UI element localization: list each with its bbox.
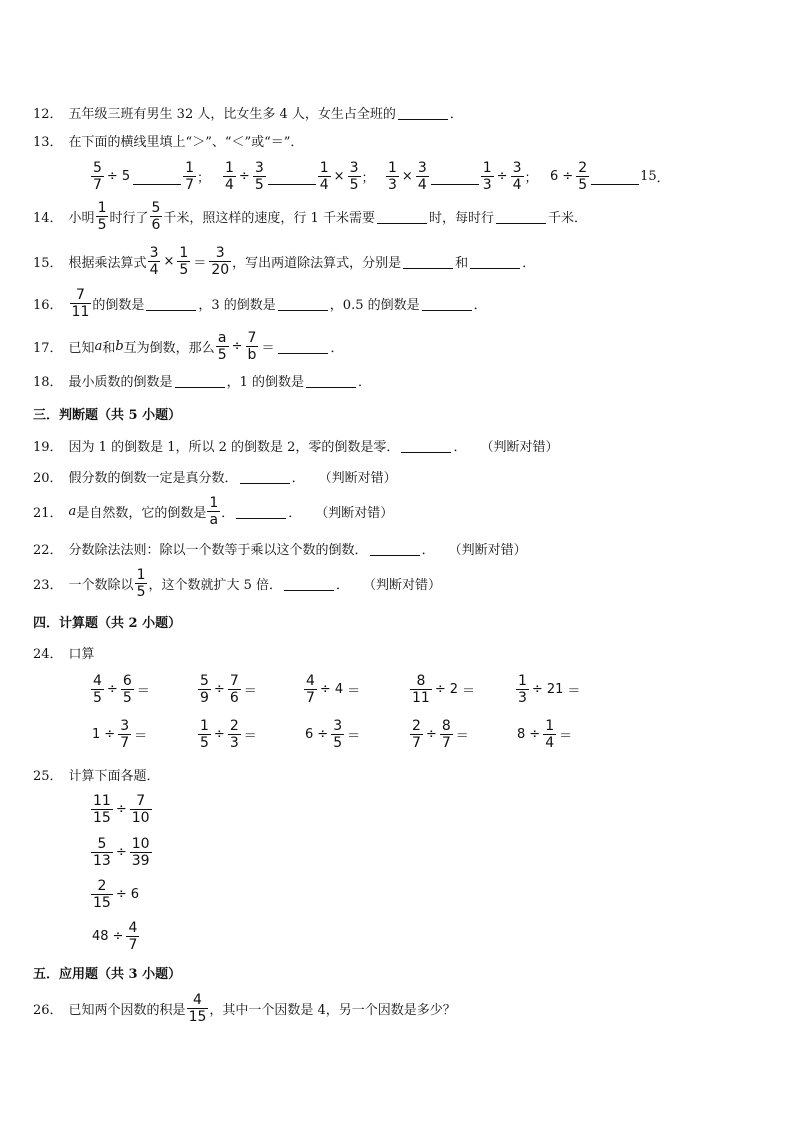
numerator: 2 <box>228 718 241 734</box>
oral-calc-item: 8 ÷ 14 ＝ <box>515 718 574 751</box>
fraction: 415 <box>187 992 209 1025</box>
oral-calc-item: 6 ÷ 35 ＝ <box>303 718 362 751</box>
fraction: 56 <box>150 200 163 233</box>
math-token: ÷ <box>116 887 127 902</box>
answer-blank[interactable] <box>240 469 290 484</box>
fraction: a5 <box>216 330 229 363</box>
question-number: 17． <box>33 337 63 356</box>
question-text: ，其中一个因数是 4，另一个因数是多少？ <box>209 999 455 1018</box>
denominator: 5 <box>91 689 104 706</box>
fraction: 513 <box>91 836 113 869</box>
numerator: 3 <box>511 160 524 176</box>
question-text: ，这个数就扩大 5 倍． <box>148 574 282 593</box>
math-token: 4 <box>335 682 343 697</box>
oral-calc-item: 47 ÷ 4 ＝ <box>303 673 362 706</box>
question-text: ，3 的倒数是 <box>198 294 275 313</box>
fraction: 215 <box>91 878 113 911</box>
question-number: 24． <box>33 643 63 662</box>
numerator: 1 <box>386 160 399 176</box>
numerator: 7 <box>74 287 87 303</box>
number: 6 <box>550 169 558 184</box>
compare-item-1: 57 ÷ 5 17 ； <box>90 160 210 193</box>
math-token: ÷ <box>320 682 331 697</box>
question-text: ，1 的倒数是 <box>227 371 304 390</box>
question-text: 和 <box>102 337 115 356</box>
oral-calc-item: 15 ÷ 23 ＝ <box>197 718 259 751</box>
separator: ； <box>525 167 538 186</box>
denominator: 15 <box>91 809 113 826</box>
numerator: 4 <box>191 992 204 1008</box>
question-number: 26． <box>33 999 63 1018</box>
compare-blank[interactable] <box>133 168 181 185</box>
numerator: 7 <box>134 793 147 809</box>
question-13: 13． 在下面的横线里填上“＞”、“＜”或“＝”． <box>33 131 303 150</box>
denominator: 4 <box>416 176 429 193</box>
fraction: 711 <box>70 287 92 320</box>
calc-item: 215 ÷ 6 <box>90 878 141 911</box>
fraction: 13 <box>516 673 529 706</box>
judge-hint: （判断对错） <box>315 502 393 521</box>
variable-a: a <box>95 339 103 354</box>
question-number: 18． <box>33 371 63 390</box>
question-22: 22． 分数除法法则：除以一个数等于乘以这个数的倒数． ． （判断对错） <box>33 539 527 558</box>
period: ． <box>330 337 343 356</box>
operator: ÷ <box>562 169 573 184</box>
question-16: 16． 711 的倒数是 ，3 的倒数是 ，0.5 的倒数是 ． <box>33 287 487 320</box>
denominator: 4 <box>543 734 556 751</box>
compare-item-3: 13 × 34 13 ÷ 34 ； <box>385 160 538 193</box>
calc-item: 48 ÷ 47 <box>90 920 140 953</box>
question-text: 小明 <box>69 207 95 226</box>
denominator: 3 <box>516 689 529 706</box>
numerator: 1 <box>543 718 556 734</box>
denominator: 7 <box>440 734 453 751</box>
judge-hint: （判断对错） <box>363 574 441 593</box>
fraction: 1039 <box>130 836 152 869</box>
compare-blank[interactable] <box>431 168 479 185</box>
question-text: 根据乘法算式 <box>69 252 147 271</box>
math-token: ÷ <box>214 682 225 697</box>
fraction: 37 <box>118 718 131 751</box>
denominator: 7 <box>126 936 139 953</box>
operator: × <box>402 169 413 184</box>
denominator: 9 <box>198 689 211 706</box>
question-number: 14． <box>33 207 63 226</box>
math-token: ＝ <box>347 680 360 699</box>
question-text: 的倒数是 <box>92 294 144 313</box>
denominator: 3 <box>481 176 494 193</box>
oral-calc-item: 27 ÷ 87 ＝ <box>409 718 471 751</box>
denominator: 4 <box>148 261 161 278</box>
question-text: 千米． <box>548 207 587 226</box>
math-token: ÷ <box>116 802 127 817</box>
question-text: 千米，照这样的速度，行 1 千米需要 <box>163 207 375 226</box>
answer-blank[interactable] <box>401 438 451 453</box>
fraction: 27 <box>410 718 423 751</box>
math-token: ＝ <box>456 725 469 744</box>
question-23: 23． 一个数除以 15 ，这个数就扩大 5 倍． ． （判断对错） <box>33 567 441 600</box>
math-token: ＝ <box>137 680 150 699</box>
denominator: a <box>207 511 220 528</box>
answer-blank[interactable] <box>470 254 520 269</box>
answer-blank[interactable] <box>398 105 448 120</box>
numerator: 4 <box>126 920 139 936</box>
numerator: 7 <box>228 673 241 689</box>
denominator: 11 <box>70 303 92 320</box>
math-token: 6 <box>305 727 313 742</box>
question-text: 在下面的横线里填上“＞”、“＜”或“＝”． <box>69 131 304 150</box>
period: ． <box>422 539 435 558</box>
numerator: 2 <box>95 878 108 894</box>
oral-calc-item: 811 ÷ 2 ＝ <box>409 673 477 706</box>
math-token: 2 <box>450 682 458 697</box>
operator: ÷ <box>107 169 118 184</box>
math-token: ＝ <box>462 680 475 699</box>
answer-blank[interactable] <box>236 504 286 519</box>
numerator: 3 <box>214 245 227 261</box>
fraction: 23 <box>228 718 241 751</box>
judge-hint: （判断对错） <box>319 467 397 486</box>
compare-blank[interactable] <box>591 168 639 185</box>
question-number: 23． <box>33 574 63 593</box>
numerator: 8 <box>440 718 453 734</box>
operator: × <box>334 169 345 184</box>
question-text: 是自然数，它的倒数是 <box>76 502 206 521</box>
fraction: 14 <box>543 718 556 751</box>
oral-calc-item: 1 ÷ 37 ＝ <box>90 718 149 751</box>
math-token: ＝ <box>134 725 147 744</box>
compare-item-2: 14 ÷ 35 14 × 35 ； <box>222 160 375 193</box>
numerator: 4 <box>91 673 104 689</box>
fraction: 15 <box>96 200 109 233</box>
fraction: 15 <box>135 567 148 600</box>
fraction: 14 <box>318 160 331 193</box>
denominator: 5 <box>216 346 229 363</box>
question-25: 25． 计算下面各题． <box>33 765 160 784</box>
numerator: 2 <box>576 160 589 176</box>
numerator: 3 <box>331 718 344 734</box>
question-12: 12． 五年级三班有男生 32 人，比女生多 4 人，女生占全班的 ． <box>33 103 463 122</box>
question-number: 19． <box>33 436 63 455</box>
denominator: 3 <box>228 734 241 751</box>
math-token: ÷ <box>104 727 115 742</box>
numerator: 5 <box>95 836 108 852</box>
numerator: 5 <box>150 200 163 216</box>
denominator: 7 <box>91 176 104 193</box>
question-19: 19． 因为 1 的倒数是 1，所以 2 的倒数是 2，零的倒数是零． ． （判… <box>33 436 558 455</box>
section-heading-judgement: 三．判断题（共 5 小题） <box>33 404 181 423</box>
operator: ÷ <box>497 169 508 184</box>
question-21: 21． a 是自然数，它的倒数是 1a ． ． （判断对错） <box>33 495 393 528</box>
operator: × <box>163 254 174 269</box>
fraction: 34 <box>148 245 161 278</box>
denominator: 4 <box>318 176 331 193</box>
denominator: 15 <box>91 894 113 911</box>
math-token: ＝ <box>244 725 257 744</box>
question-text: 和 <box>455 252 468 271</box>
fraction: 47 <box>126 920 139 953</box>
answer-blank[interactable] <box>403 254 453 269</box>
oral-calc-item: 45 ÷ 65 ＝ <box>90 673 152 706</box>
math-token: 8 <box>517 727 525 742</box>
fraction: 25 <box>576 160 589 193</box>
denominator: 5 <box>576 176 589 193</box>
math-token: ÷ <box>113 929 124 944</box>
numerator: 3 <box>348 160 361 176</box>
math-token: 1 <box>92 727 100 742</box>
variable-b: b <box>115 339 123 354</box>
fraction: 17 <box>183 160 196 193</box>
question-14: 14． 小明 15 时行了 56 千米，照这样的速度，行 1 千米需要 时，每时… <box>33 200 587 233</box>
question-text: 计算下面各题． <box>69 765 160 784</box>
numerator: 6 <box>121 673 134 689</box>
denominator: 13 <box>91 852 113 869</box>
question-number: 20． <box>33 467 63 486</box>
fraction: 87 <box>440 718 453 751</box>
question-text: 五年级三班有男生 32 人，比女生多 4 人，女生占全班的 <box>69 103 396 122</box>
question-number: 16． <box>33 294 63 313</box>
period: ． <box>474 294 487 313</box>
numerator: 1 <box>481 160 494 176</box>
denominator: 7 <box>183 176 196 193</box>
period: ． <box>450 103 463 122</box>
fraction: 59 <box>198 673 211 706</box>
question-20: 20． 假分数的倒数一定是真分数． ． （判断对错） <box>33 467 397 486</box>
denominator: 5 <box>348 176 361 193</box>
denominator: 10 <box>130 809 152 826</box>
operator: ÷ <box>232 339 243 354</box>
fraction: 1a <box>207 495 220 528</box>
math-token: 21 <box>547 682 564 697</box>
fraction: 34 <box>416 160 429 193</box>
fraction: 14 <box>223 160 236 193</box>
denominator: 4 <box>223 176 236 193</box>
period: ． <box>453 436 466 455</box>
numerator: 5 <box>91 160 104 176</box>
fraction: 1115 <box>91 793 113 826</box>
numerator: 1 <box>96 200 109 216</box>
question-number: 13． <box>33 131 63 150</box>
fraction: 47 <box>304 673 317 706</box>
answer-blank[interactable] <box>175 373 225 388</box>
oral-calc-item: 13 ÷ 21 ＝ <box>515 673 582 706</box>
math-token: ＝ <box>347 725 360 744</box>
fraction: 710 <box>130 793 152 826</box>
question-17: 17． 已知 a 和 b 互为倒数，那么 a5 ÷ 7b ＝ ． <box>33 330 343 363</box>
fraction: 35 <box>348 160 361 193</box>
numerator: 7 <box>246 330 259 346</box>
numerator: 11 <box>91 793 113 809</box>
denominator: 7 <box>410 734 423 751</box>
fraction: 15 <box>177 245 190 278</box>
numerator: 5 <box>198 673 211 689</box>
answer-blank[interactable] <box>278 296 328 311</box>
question-number: 22． <box>33 539 63 558</box>
numerator: 3 <box>253 160 266 176</box>
compare-blank[interactable] <box>268 168 316 185</box>
numerator: 1 <box>177 245 190 261</box>
math-token: ＝ <box>567 680 580 699</box>
calc-item: 1115 ÷ 710 <box>90 793 153 826</box>
numerator: 1 <box>318 160 331 176</box>
math-token: ÷ <box>529 727 540 742</box>
fraction: 15 <box>198 718 211 751</box>
fraction: 35 <box>331 718 344 751</box>
question-text: 已知 <box>69 337 95 356</box>
question-text: 时行了 <box>109 207 148 226</box>
math-token: ÷ <box>426 727 437 742</box>
question-text: 最小质数的倒数是 <box>69 371 173 390</box>
denominator: 5 <box>121 689 134 706</box>
numerator: 1 <box>183 160 196 176</box>
denominator: b <box>246 346 259 363</box>
answer-blank[interactable] <box>284 576 334 591</box>
numerator: 3 <box>416 160 429 176</box>
fraction: 7b <box>246 330 259 363</box>
fraction: 320 <box>209 245 231 278</box>
numerator: 1 <box>207 495 220 511</box>
denominator: 5 <box>135 583 148 600</box>
question-text: 已知两个因数的积是 <box>69 999 186 1018</box>
numerator: 10 <box>130 836 152 852</box>
fraction: 13 <box>386 160 399 193</box>
answer-blank[interactable] <box>278 339 328 354</box>
period: ． <box>522 252 535 271</box>
answer-blank[interactable] <box>370 541 420 556</box>
section-heading-application: 五．应用题（共 3 小题） <box>33 963 181 982</box>
question-26: 26． 已知两个因数的积是 415 ，其中一个因数是 4，另一个因数是多少？ <box>33 992 456 1025</box>
denominator: 7 <box>304 689 317 706</box>
calc-item: 513 ÷ 1039 <box>90 836 153 869</box>
compare-item-4: 6 ÷ 25 15 ． <box>548 160 670 193</box>
question-text: 因为 1 的倒数是 1，所以 2 的倒数是 2，零的倒数是零． <box>69 436 400 455</box>
math-token: 6 <box>131 887 139 902</box>
denominator: 3 <box>386 176 399 193</box>
numerator: 1 <box>223 160 236 176</box>
numerator: 1 <box>516 673 529 689</box>
numerator: 2 <box>410 718 423 734</box>
question-number: 25． <box>33 765 63 784</box>
math-token: ÷ <box>532 682 543 697</box>
denominator: 4 <box>511 176 524 193</box>
fraction: 13 <box>481 160 494 193</box>
numerator: 3 <box>118 718 131 734</box>
denominator: 6 <box>150 216 163 233</box>
math-token: ÷ <box>435 682 446 697</box>
math-token: ÷ <box>116 845 127 860</box>
period: ． <box>221 502 234 521</box>
question-text: 时，每时行 <box>429 207 494 226</box>
answer-blank[interactable] <box>422 296 472 311</box>
denominator: 20 <box>209 261 231 278</box>
question-text: 一个数除以 <box>69 574 134 593</box>
period: ． <box>292 467 305 486</box>
question-24: 24． 口算 <box>33 643 95 662</box>
denominator: 5 <box>198 734 211 751</box>
numerator: 8 <box>414 673 427 689</box>
denominator: 5 <box>253 176 266 193</box>
denominator: 5 <box>96 216 109 233</box>
answer-blank[interactable] <box>496 209 546 224</box>
judge-hint: （判断对错） <box>480 436 558 455</box>
denominator: 15 <box>187 1008 209 1025</box>
judge-hint: （判断对错） <box>449 539 527 558</box>
question-text: ，写出两道除法算式，分别是 <box>232 252 401 271</box>
number: 5 <box>122 169 130 184</box>
denominator: 11 <box>410 689 432 706</box>
numerator: a <box>216 330 229 346</box>
number: 15 <box>640 169 657 184</box>
question-text: 假分数的倒数一定是真分数． <box>69 467 238 486</box>
numerator: 1 <box>198 718 211 734</box>
separator: ； <box>362 167 375 186</box>
question-number: 21． <box>33 502 63 521</box>
question-18: 18． 最小质数的倒数是 ，1 的倒数是 ． <box>33 371 371 390</box>
fraction: 35 <box>253 160 266 193</box>
operator: ÷ <box>239 169 250 184</box>
math-token: ÷ <box>317 727 328 742</box>
fraction: 76 <box>228 673 241 706</box>
answer-blank[interactable] <box>377 209 427 224</box>
question-number: 15． <box>33 252 63 271</box>
answer-blank[interactable] <box>146 296 196 311</box>
period: ． <box>336 574 349 593</box>
question-text: 口算 <box>69 643 95 662</box>
fraction: 57 <box>91 160 104 193</box>
math-token: ÷ <box>214 727 225 742</box>
numerator: 3 <box>148 245 161 261</box>
denominator: 6 <box>228 689 241 706</box>
question-number: 12． <box>33 103 63 122</box>
question-15: 15． 根据乘法算式 34 × 15 ＝ 320 ，写出两道除法算式，分别是 和… <box>33 245 535 278</box>
separator: ． <box>657 167 670 186</box>
question-text: ，0.5 的倒数是 <box>330 294 420 313</box>
separator: ； <box>197 167 210 186</box>
question-text: 分数除法法则：除以一个数等于乘以这个数的倒数． <box>69 539 368 558</box>
period: ． <box>358 371 371 390</box>
denominator: 7 <box>118 734 131 751</box>
numerator: 1 <box>135 567 148 583</box>
denominator: 5 <box>331 734 344 751</box>
section-heading-calculation: 四．计算题（共 2 小题） <box>33 612 181 631</box>
denominator: 39 <box>130 852 152 869</box>
math-token: 48 <box>92 929 109 944</box>
period: ． <box>288 502 301 521</box>
fraction: 65 <box>121 673 134 706</box>
answer-blank[interactable] <box>306 373 356 388</box>
fraction: 811 <box>410 673 432 706</box>
fraction: 45 <box>91 673 104 706</box>
denominator: 5 <box>177 261 190 278</box>
variable-a: a <box>69 504 77 519</box>
equals: ＝ <box>261 337 274 356</box>
math-token: ＝ <box>559 725 572 744</box>
math-token: ＝ <box>244 680 257 699</box>
oral-calc-item: 59 ÷ 76 ＝ <box>197 673 259 706</box>
equals: ＝ <box>193 252 206 271</box>
question-text: 互为倒数，那么 <box>124 337 215 356</box>
math-token: ÷ <box>107 682 118 697</box>
fraction: 34 <box>511 160 524 193</box>
numerator: 4 <box>304 673 317 689</box>
